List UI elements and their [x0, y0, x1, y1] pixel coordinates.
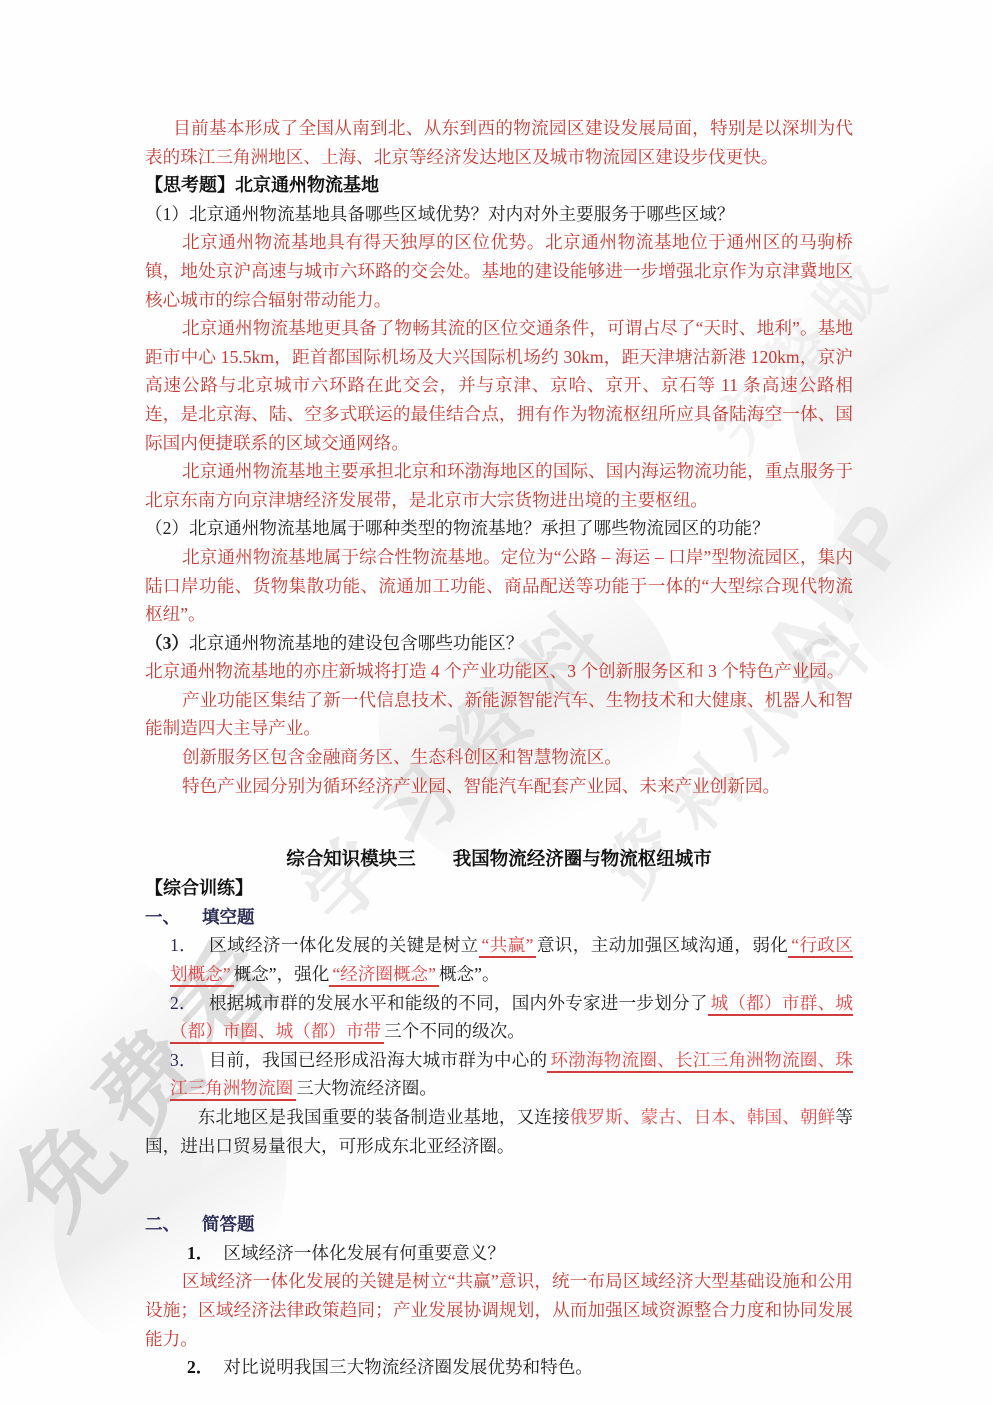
section-1-title: 填空题 [202, 907, 255, 927]
fill-item-2: 2．根据城市群的发展水平和能级的不同，国内外专家进一步划分了城（都）市群、城（都… [170, 989, 853, 1046]
section-2-title: 简答题 [202, 1214, 255, 1234]
text-run: 概念”，强化 [234, 964, 330, 984]
text-run: 东北地区是我国重要的装备制造业基地，又连接 [198, 1107, 570, 1127]
item-text: 区域经济一体化发展有何重要意义？ [223, 1243, 505, 1263]
question-3-text: 北京通州物流基地的建设包含哪些功能区？ [189, 633, 523, 653]
section-1-number: 一、 [145, 903, 202, 932]
item-text: 根据城市群的发展水平和能级的不同，国内外专家进一步划分了城（都）市群、城（都）市… [170, 993, 853, 1045]
short-answer-1-answer: 区域经济一体化发展的关键是树立“共赢”意识，统一布局区域经济大型基础设施和公用设… [145, 1267, 853, 1353]
answer-3-paragraph-4: 特色产业园分别为循环经济产业园、智能汽车配套产业园、未来产业创新园。 [145, 772, 853, 801]
item-number: 2． [187, 1357, 213, 1377]
module-title: 综合知识模块三 我国物流经济圈与物流枢纽城市 [145, 844, 853, 874]
text-run: “共赢” [479, 935, 537, 958]
text-run: 根据城市群的发展水平和能级的不同，国内外专家进一步划分了 [209, 993, 708, 1013]
item-text: 区域经济一体化发展的关键是树立“共赢”意识，主动加强区域沟通，弱化“行政区划概念… [170, 935, 853, 987]
question-3-number: （3） [145, 633, 189, 653]
think-question-title: 【思考题】北京通州物流基地 [145, 171, 853, 200]
fill-item-1: 1．区域经济一体化发展的关键是树立“共赢”意识，主动加强区域沟通，弱化“行政区划… [170, 931, 853, 988]
answer-3-paragraph-1: 北京通州物流基地的亦庄新城将打造 4 个产业功能区、3 个创新服务区和 3 个特… [145, 657, 853, 686]
text-run: 区域经济一体化发展的关键是树立 [209, 935, 478, 955]
item-text: 目前，我国已经形成沿海大城市群为中心的环渤海物流圈、长江三角洲物流圈、珠江三角洲… [170, 1050, 853, 1102]
short-answer-question-1: 1．区域经济一体化发展有何重要意义？ [187, 1239, 853, 1268]
answer-2-paragraph: 北京通州物流基地属于综合性物流基地。定位为“公路 – 海运 – 口岸”型物流园区… [145, 543, 853, 629]
document-page: 免费看 学习资料 资料小料 APP 完整版 目前基本形成了全国从南到北、从东到西… [0, 0, 993, 1404]
section-2-number: 二、 [145, 1210, 202, 1239]
short-answer-question-2: 2．对比说明我国三大物流经济圈发展优势和特色。 [187, 1353, 853, 1382]
text-run: 概念”。 [439, 964, 500, 984]
intro-paragraph: 目前基本形成了全国从南到北、从东到西的物流园区建设发展局面，特别是以深圳为代表的… [145, 114, 853, 171]
document-content: 目前基本形成了全国从南到北、从东到西的物流园区建设发展局面，特别是以深圳为代表的… [145, 114, 853, 1382]
text-run: 俄罗斯、蒙古、日本、韩国、朝鲜 [570, 1107, 836, 1127]
answer-3-paragraph-2: 产业功能区集结了新一代信息技术、新能源智能汽车、生物技术和大健康、机器人和智能制… [145, 686, 853, 743]
text-run: “经济圈概念” [329, 964, 439, 987]
text-run: 目前，我国已经形成沿海大城市群为中心的 [209, 1050, 548, 1070]
northeast-paragraph: 东北地区是我国重要的装备制造业基地，又连接俄罗斯、蒙古、日本、韩国、朝鲜等国，进… [145, 1103, 853, 1160]
item-number: 3． [170, 1050, 197, 1070]
answer-1-paragraph-3: 北京通州物流基地主要承担北京和环渤海地区的国际、国内海运物流功能，重点服务于北京… [145, 457, 853, 514]
text-run: 三大物流经济圈。 [296, 1078, 437, 1098]
item-number: 1． [170, 935, 197, 955]
question-2: （2）北京通州物流基地属于哪种类型的物流基地？承担了哪些物流园区的功能？ [145, 514, 853, 543]
answer-3-paragraph-3: 创新服务区包含金融商务区、生态科创区和智慧物流区。 [145, 743, 853, 772]
section-1-heading: 一、填空题 [145, 903, 853, 932]
item-number: 1． [187, 1243, 213, 1263]
answer-1-paragraph-1: 北京通州物流基地具有得天独厚的区位优势。北京通州物流基地位于通州区的马驹桥镇，地… [145, 228, 853, 314]
fill-item-3: 3．目前，我国已经形成沿海大城市群为中心的环渤海物流圈、长江三角洲物流圈、珠江三… [170, 1046, 853, 1103]
question-1: （1）北京通州物流基地具备哪些区域优势？对内对外主要服务于哪些区域？ [145, 200, 853, 229]
text-run: 三个不同的级次。 [384, 1021, 525, 1041]
answer-1-paragraph-2: 北京通州物流基地更具备了物畅其流的区位交通条件，可谓占尽了“天时、地利”。基地距… [145, 314, 853, 457]
item-number: 2． [170, 993, 197, 1013]
text-run: 意识，主动加强区域沟通，弱化 [536, 935, 788, 955]
item-text: 对比说明我国三大物流经济圈发展优势和特色。 [223, 1357, 592, 1377]
question-3: （3）北京通州物流基地的建设包含哪些功能区？ [145, 629, 853, 658]
training-title: 【综合训练】 [145, 874, 853, 903]
section-2-heading: 二、简答题 [145, 1210, 853, 1239]
